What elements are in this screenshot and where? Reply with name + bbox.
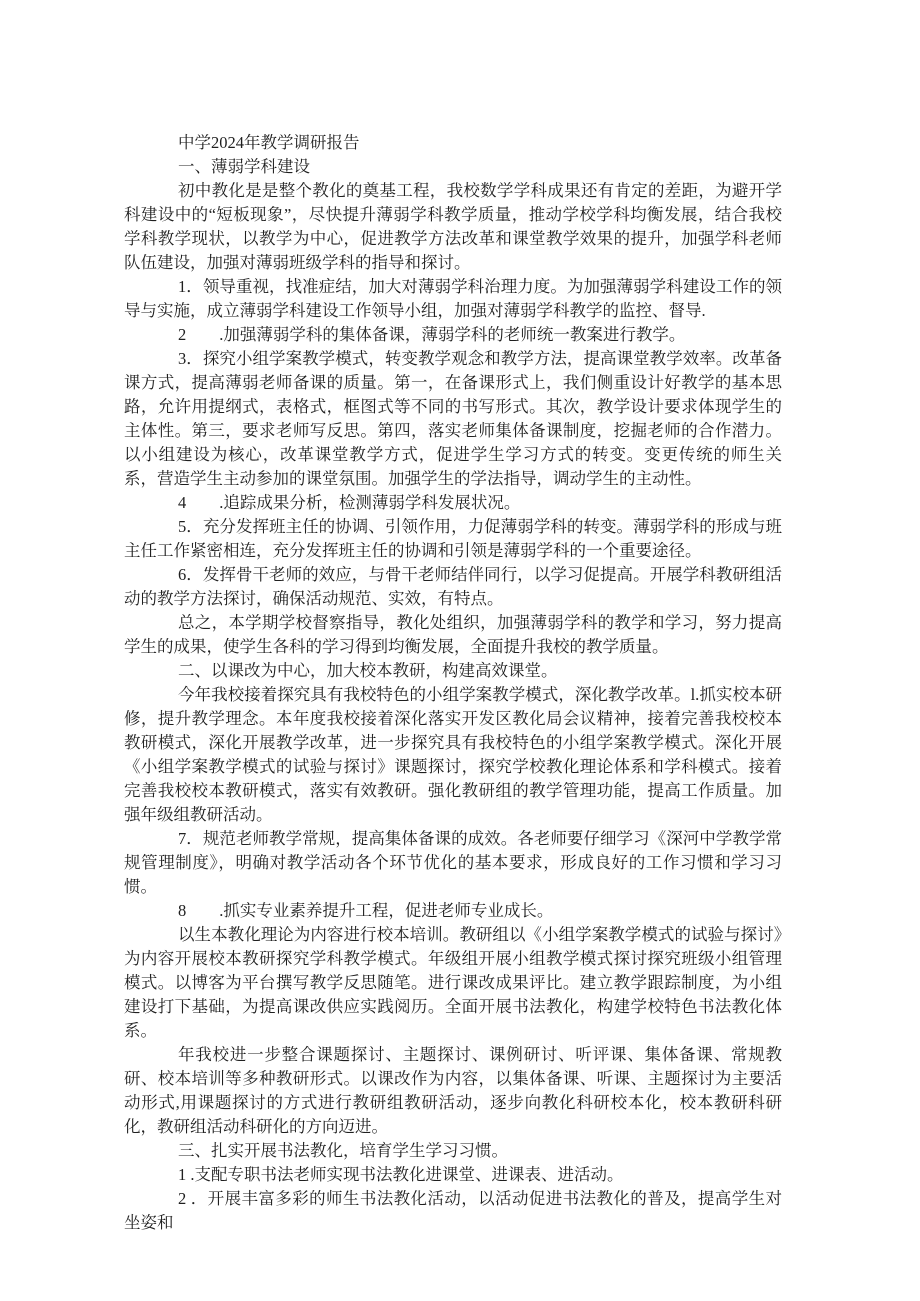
section-1-heading: 一、薄弱学科建设 [124,155,782,179]
section-2-item-8: 8 .抓实专业素养提升工程，促进老师专业成长。 [124,899,782,923]
document-page: 中学2024年教学调研报告 一、薄弱学科建设 初中教化是是整个教化的奠基工程，我… [124,131,782,1235]
doc-title: 中学2024年教学调研报告 [124,131,782,155]
section-2-intro-paragraph: 今年我校接着探究具有我校特色的小组学案教学模式，深化教学改革。l.抓实校本研修，… [124,683,782,827]
section-1-item-4: 4 .追踪成果分析，检测薄弱学科发展状况。 [124,491,782,515]
section-1-item-3: 3．探究小组学案教学模式，转变教学观念和教学方法，提高课堂教学效率。改革备课方式… [124,347,782,491]
section-1-intro-paragraph: 初中教化是是整个教化的奠基工程，我校数学学科成果还有肯定的差距，为避开学科建设中… [124,179,782,275]
section-1-item-5: 5．充分发挥班主任的协调、引领作用，力促薄弱学科的转变。薄弱学科的形成与班主任工… [124,515,782,563]
section-2-training-paragraph: 以生本教化理论为内容进行校本培训。教研组以《小组学案教学模式的试验与探讨》为内容… [124,923,782,1043]
section-3-heading: 三、扎实开展书法教化，培育学生学习习惯。 [124,1139,782,1163]
section-2-item-7: 7．规范老师教学常规，提高集体备课的成效。各老师要仔细学习《深河中学教学常规管理… [124,827,782,899]
section-1-item-6: 6．发挥骨干老师的效应，与骨干老师结伴同行，以学习促提高。开展学科教研组活动的教… [124,563,782,611]
section-3-item-2: 2 ．开展丰富多彩的师生书法教化活动，以活动促进书法教化的普及，提高学生对坐姿和 [124,1187,782,1235]
section-2-heading: 二、以课改为中心，加大校本教研，构建高效课堂。 [124,659,782,683]
section-1-item-1: 1．领导重视，找准症结，加大对薄弱学科治理力度。为加强薄弱学科建设工作的领导与实… [124,275,782,323]
section-1-summary-paragraph: 总之，本学期学校督察指导，教化处组织，加强薄弱学科的教学和学习，努力提高学生的成… [124,611,782,659]
section-2-research-forms-paragraph: 年我校进一步整合课题探讨、主题探讨、课例研讨、听评课、集体备课、常规教研、校本培… [124,1043,782,1139]
section-3-item-1: 1 .支配专职书法老师实现书法教化进课堂、进课表、进活动。 [124,1163,782,1187]
section-1-item-2: 2 .加强薄弱学科的集体备课，薄弱学科的老师统一教案进行教学。 [124,323,782,347]
